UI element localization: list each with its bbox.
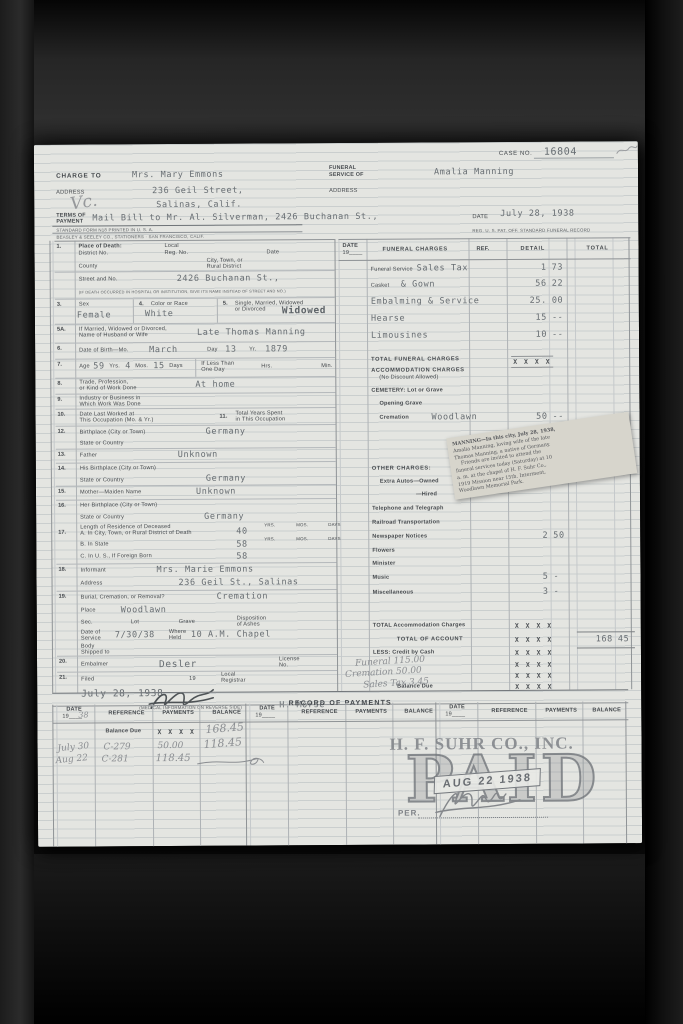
- service-of-label-2: SERVICE OF: [329, 172, 364, 178]
- row-last-worked: 10. Date Last Worked at This Occupation …: [55, 407, 335, 426]
- detail-cents: -: [553, 572, 571, 582]
- payments-vline: [199, 704, 201, 846]
- g2-balance-header: BALANCE: [404, 708, 433, 715]
- city-town-label-2: Rural District: [207, 264, 242, 271]
- row-sex-race-marital: 3. Sex Female 4. Color or Race White 5. …: [55, 297, 335, 324]
- minister-label: Minister: [372, 561, 395, 568]
- charges-header-row: DATE 19____ FUNERAL CHARGES REF. DETAIL …: [338, 238, 630, 261]
- yrs-mini-label: YRS.: [264, 536, 275, 541]
- race-number: 4.: [139, 301, 144, 307]
- row-number: 20.: [59, 659, 77, 665]
- her-birthplace-label: Her Birthplace (City or Town): [80, 502, 157, 509]
- g3-date-year: 19____: [445, 711, 465, 718]
- detail-header: DETAIL: [520, 246, 545, 253]
- g3-payments-header: PAYMENTS: [545, 708, 577, 715]
- charges-title-header: FUNERAL CHARGES: [382, 246, 447, 253]
- xxxx-marks: X X X X: [515, 622, 553, 630]
- payment1-reference: C-279: [104, 742, 131, 752]
- newspaper-label: Newspaper Notices: [372, 533, 427, 540]
- informant-address-value: 236 Geil St., Salinas: [179, 577, 299, 588]
- xxxx-marks: X X X X: [515, 661, 553, 669]
- balance-due-xxxx: X X X X: [157, 728, 195, 736]
- informant-label: Informant: [80, 567, 105, 574]
- row-number: 9.: [57, 397, 75, 403]
- xxxx-marks: X X X X: [515, 649, 553, 657]
- fineprint-left-2: BEASLEY & SEELEY CO., STATIONERS · SAN F…: [56, 234, 204, 240]
- detail-dollars: 5: [508, 572, 548, 582]
- payment1-amount: 50.00: [158, 741, 184, 751]
- total-years-label-2: in This Occupation: [236, 416, 286, 423]
- payments-vline: [56, 705, 58, 847]
- trade-label-2: or Kind of Work Done: [79, 385, 136, 392]
- charge-line-limousines: Limousines 10 --: [339, 327, 631, 346]
- burial-label: Burial, Cremation, or Removal?: [81, 594, 165, 601]
- dob-month: March: [149, 345, 178, 355]
- flowers-label: Flowers: [372, 548, 395, 555]
- payment2-amount: 118.45: [156, 753, 191, 764]
- header-section: CASE NO. 16804 CHARGE TO Mrs. Mary Emmon…: [34, 141, 639, 241]
- row-number: 17.: [58, 530, 76, 536]
- sex-value: Female: [77, 310, 111, 320]
- pencil-initials: Vc.: [69, 191, 99, 215]
- detail-dollars: 3: [509, 587, 549, 597]
- embalmer-label: Embalmer: [81, 661, 108, 668]
- payments-vline: [287, 703, 289, 845]
- detail-dollars: 10: [507, 330, 547, 340]
- total-years-number: 11.: [220, 414, 228, 420]
- row-number: 7.: [57, 362, 75, 368]
- pencil-scribble: [616, 144, 638, 156]
- industry-label-2: Which Work Was Done: [79, 401, 140, 408]
- g2-date-header: DATE: [259, 705, 275, 712]
- detail-cents: -: [554, 587, 572, 597]
- service-of-value: Amalia Manning: [434, 167, 514, 177]
- detail-dollars: 25.: [507, 296, 547, 306]
- ref-header: REF.: [476, 246, 489, 253]
- place-value: Woodlawn: [121, 605, 167, 615]
- race-label: Color or Race: [151, 301, 188, 308]
- cremation-label: Cremation: [380, 415, 410, 422]
- marital-number: 5.: [223, 301, 228, 307]
- payment2-date: Aug 22: [55, 753, 88, 766]
- detail-cents: 50: [553, 531, 571, 541]
- case-no-rule: [534, 157, 614, 158]
- payments-vline: [249, 704, 251, 846]
- age-years: 59: [93, 361, 104, 371]
- charge-line-embalming: Embalming & Service 25. 00: [339, 293, 631, 312]
- account-total-dollars: 168: [577, 634, 613, 644]
- detail-dollars: 56: [507, 279, 547, 289]
- railroad-label: Railroad Transportation: [372, 519, 440, 526]
- row-street-no: Street and No. 2426 Buchanan St., (IF DE…: [55, 270, 335, 299]
- scanned-photo-background: CASE NO. 16804 CHARGE TO Mrs. Mary Emmon…: [0, 0, 683, 1024]
- row-number: 1.: [56, 244, 74, 250]
- place-label: Place: [81, 607, 96, 614]
- street-no-label: Street and No.: [79, 276, 118, 283]
- row-date-of-service: Date of Service 7/30/38 Where Held 10 A.…: [57, 627, 337, 644]
- row-embalmer: 20. Embalmer Desler License No.: [57, 654, 337, 672]
- g2-payments-header: PAYMENTS: [355, 709, 387, 716]
- payment2-reference: C-281: [102, 754, 129, 764]
- row-number: 14.: [58, 466, 76, 472]
- detail-cents: 73: [552, 263, 570, 273]
- state-country-label: State or Country: [80, 514, 124, 521]
- sec-label: Sec.: [81, 620, 93, 626]
- service-of-label-1: FUNERAL: [329, 165, 356, 171]
- date-of-service-value: 7/30/38: [115, 630, 155, 640]
- total-of-account-label: TOTAL OF ACCOUNT: [397, 636, 463, 643]
- charge-to-value: Mrs. Mary Emmons: [132, 170, 224, 181]
- per-signature: [430, 782, 530, 823]
- dob-label: Date of Birth—Mo.: [79, 347, 128, 354]
- row-number: 6.: [57, 346, 75, 352]
- residence-city-value: 40: [236, 527, 247, 537]
- telephone-label: Telephone and Telegraph: [372, 505, 444, 512]
- age-months: 4: [125, 361, 131, 371]
- filed-19-label: 19: [189, 676, 196, 682]
- total-of-account-row: TOTAL OF ACCOUNT X X X X 168 45: [341, 631, 633, 648]
- row-number: 10.: [57, 412, 75, 418]
- g2-reference-header: REFERENCE: [301, 709, 337, 716]
- payments-vline: [52, 705, 54, 847]
- address2-label: ADDRESS: [329, 188, 357, 195]
- marital-label-2: or Divorced: [235, 306, 266, 313]
- xxxx-marks: X X X X: [515, 672, 553, 680]
- less-than-label-2: One Day: [201, 367, 225, 374]
- street-no-value: 2426 Buchanan St.,: [177, 273, 280, 284]
- yrs-label: Yrs.: [109, 363, 120, 369]
- marital-value: Widowed: [282, 305, 326, 316]
- g3-date-header: DATE: [449, 704, 465, 711]
- funeral-record-sheet: CASE NO. 16804 CHARGE TO Mrs. Mary Emmon…: [34, 141, 642, 847]
- music-label: Music: [372, 575, 389, 582]
- mother-value: Unknown: [196, 487, 236, 497]
- detail-dollars: 50: [508, 412, 548, 422]
- total-header: TOTAL: [586, 245, 608, 252]
- limousines-typed: Limousines: [371, 330, 428, 340]
- age-label: Age: [79, 364, 90, 370]
- cell-divider: [195, 359, 196, 377]
- where-held-label-2: Held: [169, 635, 181, 641]
- filed-label: Filed: [81, 676, 94, 683]
- g3-balance-header: BALANCE: [592, 707, 621, 714]
- detail-cents: --: [552, 313, 570, 323]
- embalming-typed: Embalming & Service: [371, 296, 480, 307]
- casket-label: Casket: [371, 283, 390, 290]
- dob-yr-label: Yr.: [249, 346, 256, 352]
- row-number: 8.: [57, 381, 75, 387]
- payments-vline: [94, 704, 96, 846]
- cell-divider: [217, 299, 218, 323]
- dob-day: 13: [225, 345, 236, 355]
- charge-line-hearse: Hearse 15 --: [339, 310, 631, 329]
- birthplace-value: Germany: [206, 427, 246, 437]
- hearse-typed: Hearse: [371, 314, 405, 324]
- row-number: 13.: [58, 452, 76, 458]
- g1-balance-header: BALANCE: [212, 710, 241, 717]
- g2-date-year: 19____: [255, 712, 275, 719]
- residence-label-2: A. In City, Town, or Rural District of D…: [80, 530, 192, 537]
- record-of-payments-section: RECORD OF PAYMENTS DATE 19____ 38: [37, 689, 642, 847]
- in-us-value: 58: [236, 552, 247, 562]
- days-mini-label: DAYS: [328, 536, 340, 541]
- detail-dollars: 1: [507, 263, 547, 273]
- funeral-service-typed: Sales Tax: [417, 263, 469, 273]
- other-charges-label: OTHER CHARGES:: [372, 465, 431, 472]
- min-label: Min.: [321, 363, 332, 369]
- embalmer-value: Desler: [159, 659, 197, 670]
- district-no-label: District No.: [79, 250, 109, 257]
- trade-value: At home: [195, 380, 235, 390]
- address-value-2: Salinas, Calif.: [156, 200, 242, 211]
- birthplace-label: Birthplace (City or Town): [80, 429, 146, 436]
- street-note: (IF DEATH OCCURRED IN HOSPITAL OR INSTIT…: [79, 288, 286, 294]
- opening-grave-label: Opening Grave: [379, 400, 422, 407]
- payment1-balance: 118.45: [203, 735, 242, 751]
- address-value-1: 236 Geil Street,: [152, 186, 244, 197]
- mother-state-value: Germany: [204, 512, 244, 522]
- payments-vline: [152, 704, 154, 846]
- reg-no-label: Reg. No.: [165, 250, 189, 257]
- date-value: July 28, 1938: [500, 209, 574, 219]
- total-accommodation-label: TOTAL Accommodation Charges: [373, 622, 466, 629]
- where-held-value: 10 A.M. Chapel: [191, 629, 271, 639]
- row-age: 7. Age 59 Yrs. 4 Mos. 15 Days If Less Th…: [55, 357, 335, 378]
- detail-dollars: 15: [507, 313, 547, 323]
- row-date-of-birth: 6. Date of Birth—Mo. March Day 13 Yr. 18…: [55, 341, 335, 359]
- row-number: 18.: [58, 567, 76, 573]
- spouse-label-2: Name of Husband or Wife: [79, 332, 148, 339]
- cremation-typed: Woodlawn: [432, 412, 478, 422]
- charge-line-funeral-service: Funeral Service Sales Tax 1 73: [339, 259, 631, 278]
- backdrop-right-band: [645, 0, 683, 1024]
- local-registrar-label-2: Registrar: [221, 678, 246, 685]
- in-state-value: 58: [236, 540, 247, 550]
- payments-vline: [625, 701, 627, 843]
- dob-day-label: Day: [207, 347, 218, 353]
- xxxx-marks: X X X X: [515, 636, 553, 644]
- g1-payments-header: PAYMENTS: [162, 710, 194, 717]
- payments-header-row: DATE 19____ 38 REFERENCE PAYMENTS BALANC…: [52, 701, 628, 724]
- mother-label: Mother—Maiden Name: [80, 489, 141, 496]
- g1-date-year-handwritten: 38: [78, 711, 88, 720]
- grave-label: Grave: [179, 619, 195, 626]
- cell-divider: [133, 299, 134, 323]
- days-mini-label: DAYS: [328, 522, 340, 527]
- local-label: Local: [164, 243, 178, 250]
- race-value: White: [145, 309, 174, 319]
- his-birthplace-label: His Birthplace (City or Town): [80, 465, 156, 472]
- row-trade: 8. Trade, Profession, or Kind of Work Do…: [55, 376, 335, 394]
- account-total-cents: 45: [618, 634, 634, 644]
- no-discount-label: (No Discount Allowed): [379, 374, 438, 381]
- father-label: Father: [80, 452, 97, 459]
- hrs-label: Hrs.: [261, 363, 272, 369]
- g3-reference-header: REFERENCE: [491, 708, 527, 715]
- backdrop-bottom-band: [34, 854, 645, 1024]
- mos-mini-label: MOS.: [296, 536, 308, 541]
- row-number: 5A.: [57, 327, 75, 333]
- dob-year: 1879: [265, 344, 288, 354]
- payments-vline: [392, 703, 394, 845]
- burial-value: Cremation: [217, 591, 269, 601]
- payments-vline: [345, 703, 347, 845]
- license-label-2: No.: [279, 662, 288, 668]
- spacer: [341, 599, 633, 619]
- charges-date-header: DATE: [342, 243, 358, 250]
- row-filed: 21. Filed 19 Local Registrar: [57, 670, 337, 687]
- charge-to-label: CHARGE TO: [56, 172, 101, 180]
- row-industry: 9. Industry or Business in Which Work Wa…: [55, 392, 335, 409]
- father-state-value: Germany: [206, 474, 246, 484]
- terms-value: Mail Bill to Mr. Al. Silverman, 2426 Buc…: [92, 212, 378, 224]
- miscellaneous-label: Miscellaneous: [373, 590, 414, 597]
- state-country-label: State or Country: [80, 477, 124, 484]
- mos-mini-label: MOS.: [296, 522, 308, 527]
- death-record-form: 1. Place of Death: Local District No. Re…: [54, 239, 337, 694]
- date-label: Date: [267, 249, 280, 255]
- row-spouse: 5A. If Married, Widowed or Divorced, Nam…: [55, 322, 335, 343]
- row-number: 15.: [58, 489, 76, 495]
- sex-label: Sex: [79, 302, 89, 308]
- payment1-date: July 30: [57, 741, 89, 754]
- row-number: 19.: [59, 594, 77, 600]
- cemetery-label: CEMETERY: Lot or Grave: [371, 387, 443, 394]
- row-number: 12.: [58, 429, 76, 435]
- date-label: DATE: [472, 214, 488, 221]
- row-number: 21.: [59, 675, 77, 681]
- mos-label: Mos.: [135, 363, 148, 370]
- extra-autos-hired-label: —Hired: [416, 491, 437, 498]
- accommodation-label: ACCOMMODATION CHARGES: [371, 367, 464, 374]
- balance-due-amount: 168.45: [205, 720, 244, 736]
- accommodation-header-row: ACCOMMODATION CHARGES (No Discount Allow…: [339, 365, 631, 385]
- in-us-label: C. In U. S., If Foreign Born: [80, 553, 152, 560]
- case-no-value: 16804: [544, 147, 577, 158]
- row-place-of-death: 1. Place of Death: Local District No. Re…: [54, 240, 334, 272]
- row-number: 3.: [57, 302, 75, 308]
- music-row: Music 5 -: [340, 569, 632, 586]
- in-state-label: B. In State: [80, 541, 108, 548]
- detail-cents: 00: [552, 296, 570, 306]
- charge-line-casket: Casket & Gown 56 22: [339, 276, 631, 295]
- state-country-label: State or Country: [80, 440, 124, 447]
- yrs-mini-label: YRS.: [264, 522, 275, 527]
- payments-vline: [245, 704, 247, 846]
- casket-typed: & Gown: [401, 279, 435, 289]
- detail-cents: 22: [552, 279, 570, 289]
- spouse-value: Late Thomas Manning: [197, 327, 306, 338]
- detail-dollars: 2: [508, 531, 548, 541]
- miscellaneous-row: Miscellaneous 3 -: [341, 584, 633, 601]
- last-worked-label-2: This Occupation (Mo. & Yr.): [80, 417, 154, 424]
- funeral-service-label: Funeral Service: [371, 267, 413, 274]
- lot-label: Lot: [131, 619, 139, 625]
- county-label: County: [79, 263, 98, 270]
- informant-value: Mrs. Marie Emmons: [156, 565, 253, 576]
- days-label: Days: [169, 363, 183, 370]
- place-of-death-label: Place of Death:: [78, 243, 121, 250]
- extra-autos-owned-label: Extra Autos—Owned: [380, 478, 439, 485]
- detail-cents: --: [552, 330, 570, 340]
- case-no-label: CASE NO.: [499, 151, 533, 158]
- terms-label-2: PAYMENT: [56, 219, 83, 225]
- backdrop-left-band: [0, 0, 34, 1024]
- balance-due-entry-label: Balance Due: [105, 728, 141, 735]
- age-days: 15: [153, 361, 164, 371]
- g1-reference-header: REFERENCE: [108, 710, 144, 717]
- charges-date-year: 19____: [343, 250, 363, 257]
- total-funeral-label: TOTAL FUNERAL CHARGES: [371, 356, 459, 363]
- row-number: 16.: [58, 503, 76, 509]
- fineprint-right: REG. U. S. PAT. OFF. STANDARD FUNERAL RE…: [472, 227, 590, 233]
- date-of-service-label-2: Service: [81, 635, 101, 642]
- header-rule-1: [52, 224, 302, 227]
- informant-address-label: Address: [81, 580, 103, 587]
- father-value: Unknown: [178, 450, 218, 460]
